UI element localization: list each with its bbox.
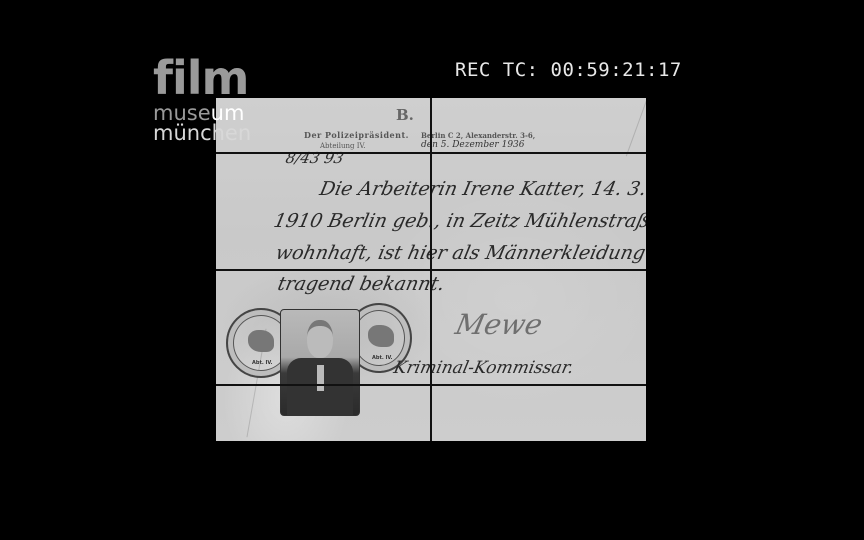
handwritten-line-1: Die Arbeiterin Irene Katter, 14. 3. <box>318 178 646 200</box>
letterhead-symbol: B. <box>396 106 414 124</box>
id-photo <box>280 309 360 416</box>
eagle-emblem-icon <box>368 325 394 347</box>
filmmuseum-logo: film museum münchen <box>153 58 251 143</box>
handwritten-line-3: wohnhaft, ist hier als Männerkleidung <box>274 242 646 264</box>
eagle-emblem-icon <box>248 330 274 352</box>
logo-muenchen: münchen <box>153 123 251 143</box>
grid-line-horizontal <box>216 384 646 386</box>
letterhead-date: den 5. Dezember 1936 <box>421 140 525 150</box>
logo-museum: museum <box>153 103 251 123</box>
stamp-text: Abt. IV. <box>252 360 272 366</box>
stamp-text: Abt. IV. <box>372 355 392 361</box>
grid-line-horizontal <box>216 269 646 271</box>
photo-tie <box>317 365 324 391</box>
handwritten-line-4: tragend bekannt. <box>276 273 447 295</box>
rec-timecode: REC TC: 00:59:21:17 <box>455 59 682 81</box>
grid-line-horizontal <box>216 152 646 154</box>
photo-face <box>307 320 333 358</box>
letterhead-issuer: Der Polizeipräsident. <box>304 130 409 140</box>
paper-crease <box>626 100 646 157</box>
signature: Mewe <box>452 308 545 341</box>
timecode-label: REC TC: <box>455 59 539 81</box>
letterhead-address: Berlin C 2, Alexanderstr. 3-6, <box>421 131 535 140</box>
video-frame: B. Der Polizeipräsident. Abteilung IV. B… <box>0 0 864 540</box>
signature-title: Kriminal-Kommissar. <box>392 358 576 378</box>
logo-film: film <box>153 58 251 98</box>
timecode-value: 00:59:21:17 <box>551 59 682 81</box>
handwritten-line-2: 1910 Berlin geb., in Zeitz Mühlenstraße <box>272 210 646 232</box>
